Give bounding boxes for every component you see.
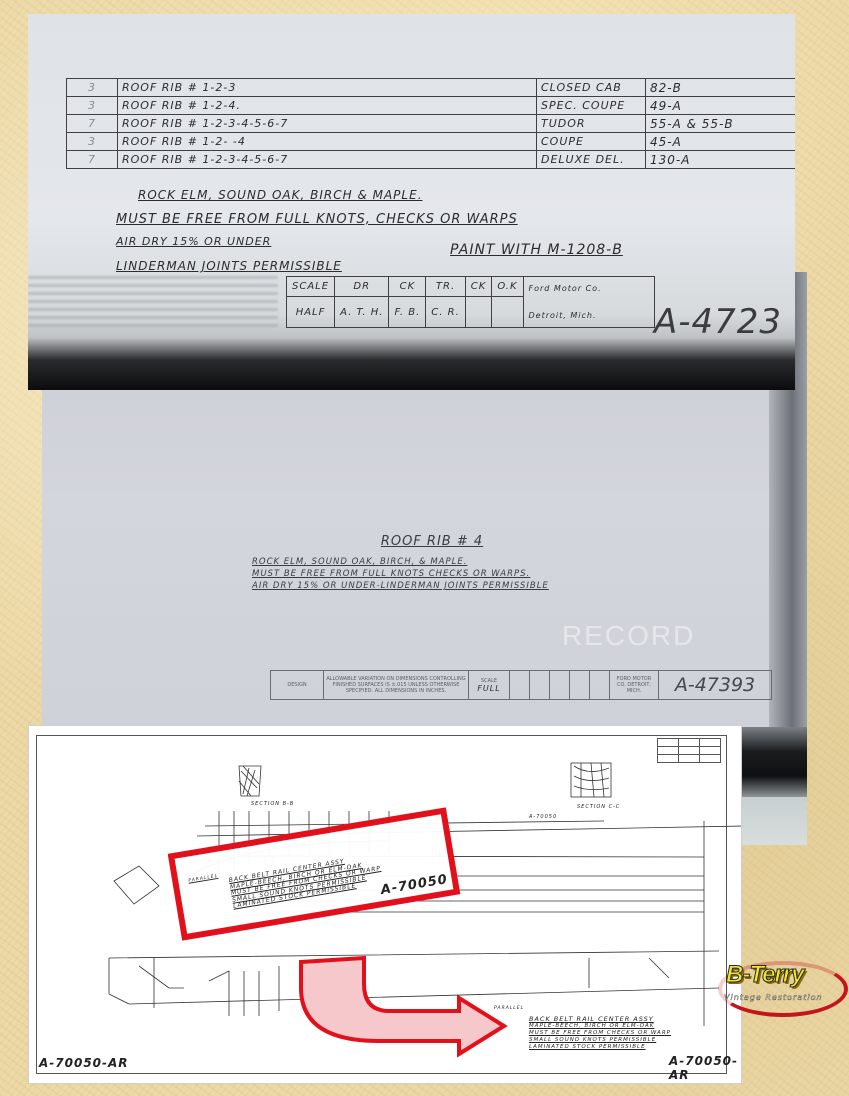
signoff-cell (590, 671, 610, 699)
corner-drawing-id: A-70050-AR (39, 1056, 129, 1070)
company-line: Ford Motor Co. (529, 284, 649, 293)
roof-rib-revision-blueprint-photo: 3ROOF RIB # 1-2-3CLOSED CAB82-B3ROOF RIB… (28, 14, 795, 390)
spec-line: ROCK ELM, SOUND OAK, BIRCH, & MAPLE. (252, 557, 612, 567)
revision-num: 7 (67, 115, 118, 133)
signoff-cell (510, 671, 530, 699)
revision-row: 3ROOF RIB # 1-2-4.SPEC. COUPE49-A (67, 97, 796, 115)
title-block-value (465, 297, 492, 328)
revision-part: 45-A (646, 133, 796, 151)
drawing-number: A-4723 (654, 302, 782, 342)
b-terry-logo: B-Terry Vintage Restoration (714, 955, 844, 1017)
revision-model: CLOSED CAB (537, 79, 646, 97)
revision-part: 130-A (646, 151, 796, 169)
record-watermark: RECORD (562, 620, 695, 652)
reference-part-label: A-70050 (529, 814, 557, 820)
revision-num: 3 (67, 97, 118, 115)
roof-rib-4-title: ROOF RIB # 4 (252, 534, 612, 549)
revision-description: ROOF RIB # 1-2-3-4-5-6-7 (118, 115, 537, 133)
revision-row: 3ROOF RIB # 1-2-3CLOSED CAB82-B (67, 79, 796, 97)
wood-spec-line: LINDERMAN JOINTS PERMISSIBLE (116, 259, 342, 273)
revision-row: 7ROOF RIB # 1-2-3-4-5-6-7DELUXE DEL.130-… (67, 151, 796, 169)
tolerance-note: ALLOWABLE VARIATION ON DIMENSIONS CONTRO… (324, 671, 469, 699)
title-block-drawing-id: A-70050-AR (669, 1054, 741, 1082)
title-block: DESIGN ALLOWABLE VARIATION ON DIMENSIONS… (270, 670, 772, 700)
revision-part: 49-A (646, 97, 796, 115)
revision-num: 7 (67, 151, 118, 169)
title-block-value: A. T. H. (335, 297, 389, 328)
spec-line: AIR DRY 15% OR UNDER-LINDERMAN JOINTS PE… (252, 581, 612, 591)
note-line: LAMINATED STOCK PERMISSIBLE (529, 1044, 671, 1051)
company-line: Detroit, Mich. (529, 311, 649, 320)
revision-description: ROOF RIB # 1-2- -4 (118, 133, 537, 151)
note-line: MUST BE FREE FROM CHECKS OR WARP (529, 1030, 671, 1037)
revision-model: COUPE (537, 133, 646, 151)
blurred-note-text (28, 276, 278, 328)
drawing-number: A-47393 (659, 671, 771, 699)
scale-cell: SCALE FULL (469, 671, 510, 699)
revision-model: DELUXE DEL. (537, 151, 646, 169)
roof-rib-4-notes: ROOF RIB # 4 ROCK ELM, SOUND OAK, BIRCH,… (252, 534, 612, 593)
wood-spec-line: ROCK ELM, SOUND OAK, BIRCH & MAPLE. (138, 188, 423, 202)
revision-model: SPEC. COUPE (537, 97, 646, 115)
revision-description: ROOF RIB # 1-2-4. (118, 97, 537, 115)
signoff-cell (550, 671, 570, 699)
spec-line: MUST BE FREE FROM FULL KNOTS CHECKS OR W… (252, 569, 612, 579)
revision-row: 7ROOF RIB # 1-2-3-4-5-6-7TUDOR55-A & 55-… (67, 115, 796, 133)
title-block-header: CK (465, 277, 492, 297)
highlight-drawing-id: A-70050 (380, 872, 449, 898)
parallel-label: PARALLEL (494, 1006, 524, 1011)
revision-num: 3 (67, 79, 118, 97)
wood-spec-line: AIR DRY 15% OR UNDER (116, 235, 271, 248)
paint-note: PAINT WITH M-1208-B (450, 242, 623, 258)
notes-title: BACK BELT RAIL CENTER ASSY (529, 1016, 671, 1023)
signoff-cell (530, 671, 550, 699)
design-cell: DESIGN (271, 671, 324, 699)
title-block-header: SCALE (287, 277, 335, 297)
drawing-notes: BACK BELT RAIL CENTER ASSY MAPLE-BEECH, … (529, 1016, 671, 1051)
title-block-header: TR. (426, 277, 465, 297)
highlight-arrow (301, 958, 504, 1054)
title-block-value: HALF (287, 297, 335, 328)
revision-description: ROOF RIB # 1-2-3-4-5-6-7 (118, 151, 537, 169)
highlight-notes: BACK BELT RAIL CENTER ASSY MAPLE-BEECH, … (229, 853, 384, 910)
title-block-value: C. R. (426, 297, 465, 328)
note-line: MAPLE-BEECH, BIRCH OR ELM-OAK (529, 1023, 671, 1030)
title-block-header: DR (335, 277, 389, 297)
company-cell: Ford Motor Co.Detroit, Mich. (523, 277, 654, 328)
logo-name: B-Terry (726, 961, 803, 989)
revision-model: TUDOR (537, 115, 646, 133)
scale-value: FULL (477, 684, 500, 693)
wood-spec-line: MUST BE FREE FROM FULL KNOTS, CHECKS OR … (116, 212, 518, 227)
revision-part: 55-A & 55-B (646, 115, 796, 133)
section-cc-label: SECTION C-C (577, 804, 620, 810)
parallel-label: PARALLEL (188, 874, 219, 884)
title-block-value: F. B. (389, 297, 426, 328)
revision-description: ROOF RIB # 1-2-3 (118, 79, 537, 97)
title-block-header: O.K (492, 277, 523, 297)
logo-tagline: Vintage Restoration (724, 993, 823, 1002)
signoff-cell (570, 671, 590, 699)
revision-num: 3 (67, 133, 118, 151)
title-block: SCALEDRCKTR.CKO.KFord Motor Co.Detroit, … (286, 276, 655, 328)
company-cell: FORD MOTOR CO. DETROIT, MICH. (610, 671, 659, 699)
title-block-value (492, 297, 523, 328)
revision-row: 3ROOF RIB # 1-2- -4COUPE45-A (67, 133, 796, 151)
title-block-header: CK (389, 277, 426, 297)
note-line: SMALL SOUND KNOTS PERMISSIBLE (529, 1037, 671, 1044)
revision-part: 82-B (646, 79, 796, 97)
revision-table: 3ROOF RIB # 1-2-3CLOSED CAB82-B3ROOF RIB… (66, 78, 795, 169)
section-bb-label: SECTION B-B (251, 801, 294, 807)
